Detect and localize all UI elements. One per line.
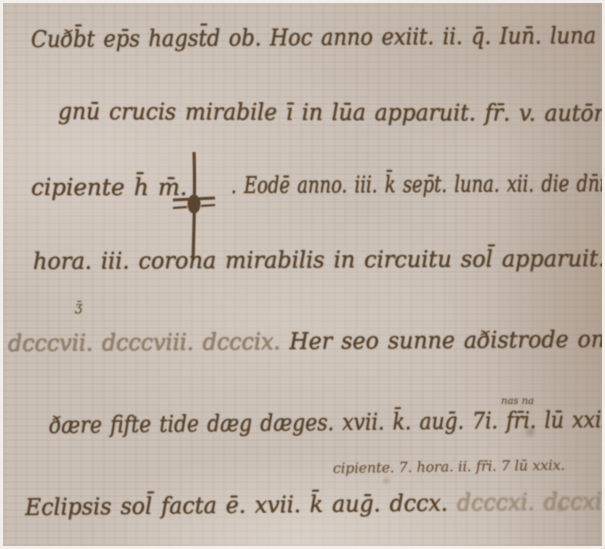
superscript-note: nas na xyxy=(501,396,534,407)
manuscript-line-4: hora. iii. corona mirabilis in circuitu … xyxy=(33,246,605,275)
manuscript-line-2: gnū crucis mirabile ī in lūa apparuit. f… xyxy=(58,99,605,127)
year-numerals: dcccvii. dcccviii. dcccix. xyxy=(8,329,290,357)
manuscript-line-6: ðære fifte tide dæg dæges. xvii. k̄. auḡ… xyxy=(49,407,605,439)
cross-sign-drawing xyxy=(171,150,217,262)
manuscript-photo: Cuðb̄t ep̄s hagst̄d ob. Hoc anno exiit. … xyxy=(0,0,605,549)
parchment-page: Cuðb̄t ep̄s hagst̄d ob. Hoc anno exiit. … xyxy=(3,3,602,546)
manuscript-line-5: dcccvii. dcccviii. dcccix. Her seo sunne… xyxy=(8,326,605,357)
manuscript-line-1: Cuðb̄t ep̄s hagst̄d ob. Hoc anno exiit. … xyxy=(31,22,605,53)
manuscript-line-3-before-cross: cipiente h̄ m̄. xyxy=(31,175,187,201)
interlinear-line: cipiente. 7. hora. ii. fr̄i. 7 lū xxix. xyxy=(333,458,565,477)
manuscript-line-3-after-cross: . Eodē anno. iii. k̄ sep̄t. luna. xii. d… xyxy=(231,171,605,199)
manuscript-line-7: Eclipsis sol̄ facta ē. xvii. k̄ auḡ. dcc… xyxy=(25,489,605,521)
eclipse-entry: Eclipsis sol̄ facta ē. xvii. k̄ auḡ. dcc… xyxy=(25,490,457,521)
interlinear-mark: ʒ̄ xyxy=(75,300,82,315)
faded-year-numerals: dcccxi. dccxii . xyxy=(457,489,605,517)
old-english-entry: Her seo sunne aðistrode on angynne xyxy=(289,326,605,355)
